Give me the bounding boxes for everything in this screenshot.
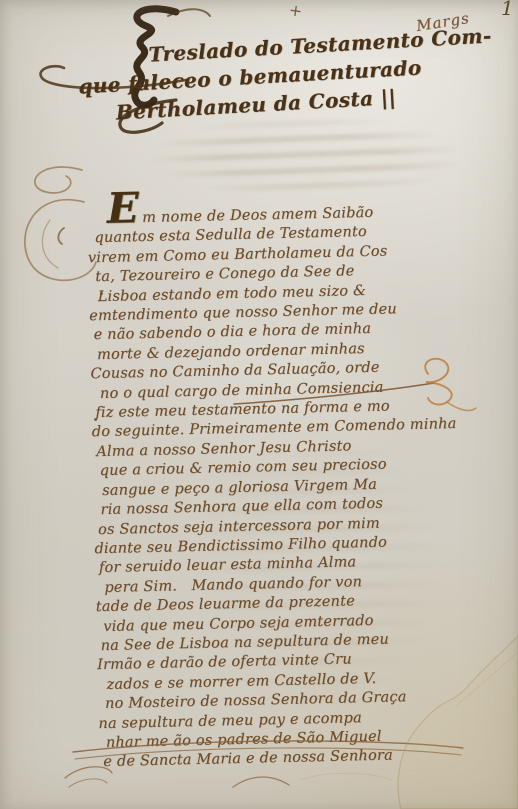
water-stain (0, 0, 518, 809)
manuscript-page: + 1 Margs Treslado do Testamento Com- qu… (0, 0, 518, 809)
